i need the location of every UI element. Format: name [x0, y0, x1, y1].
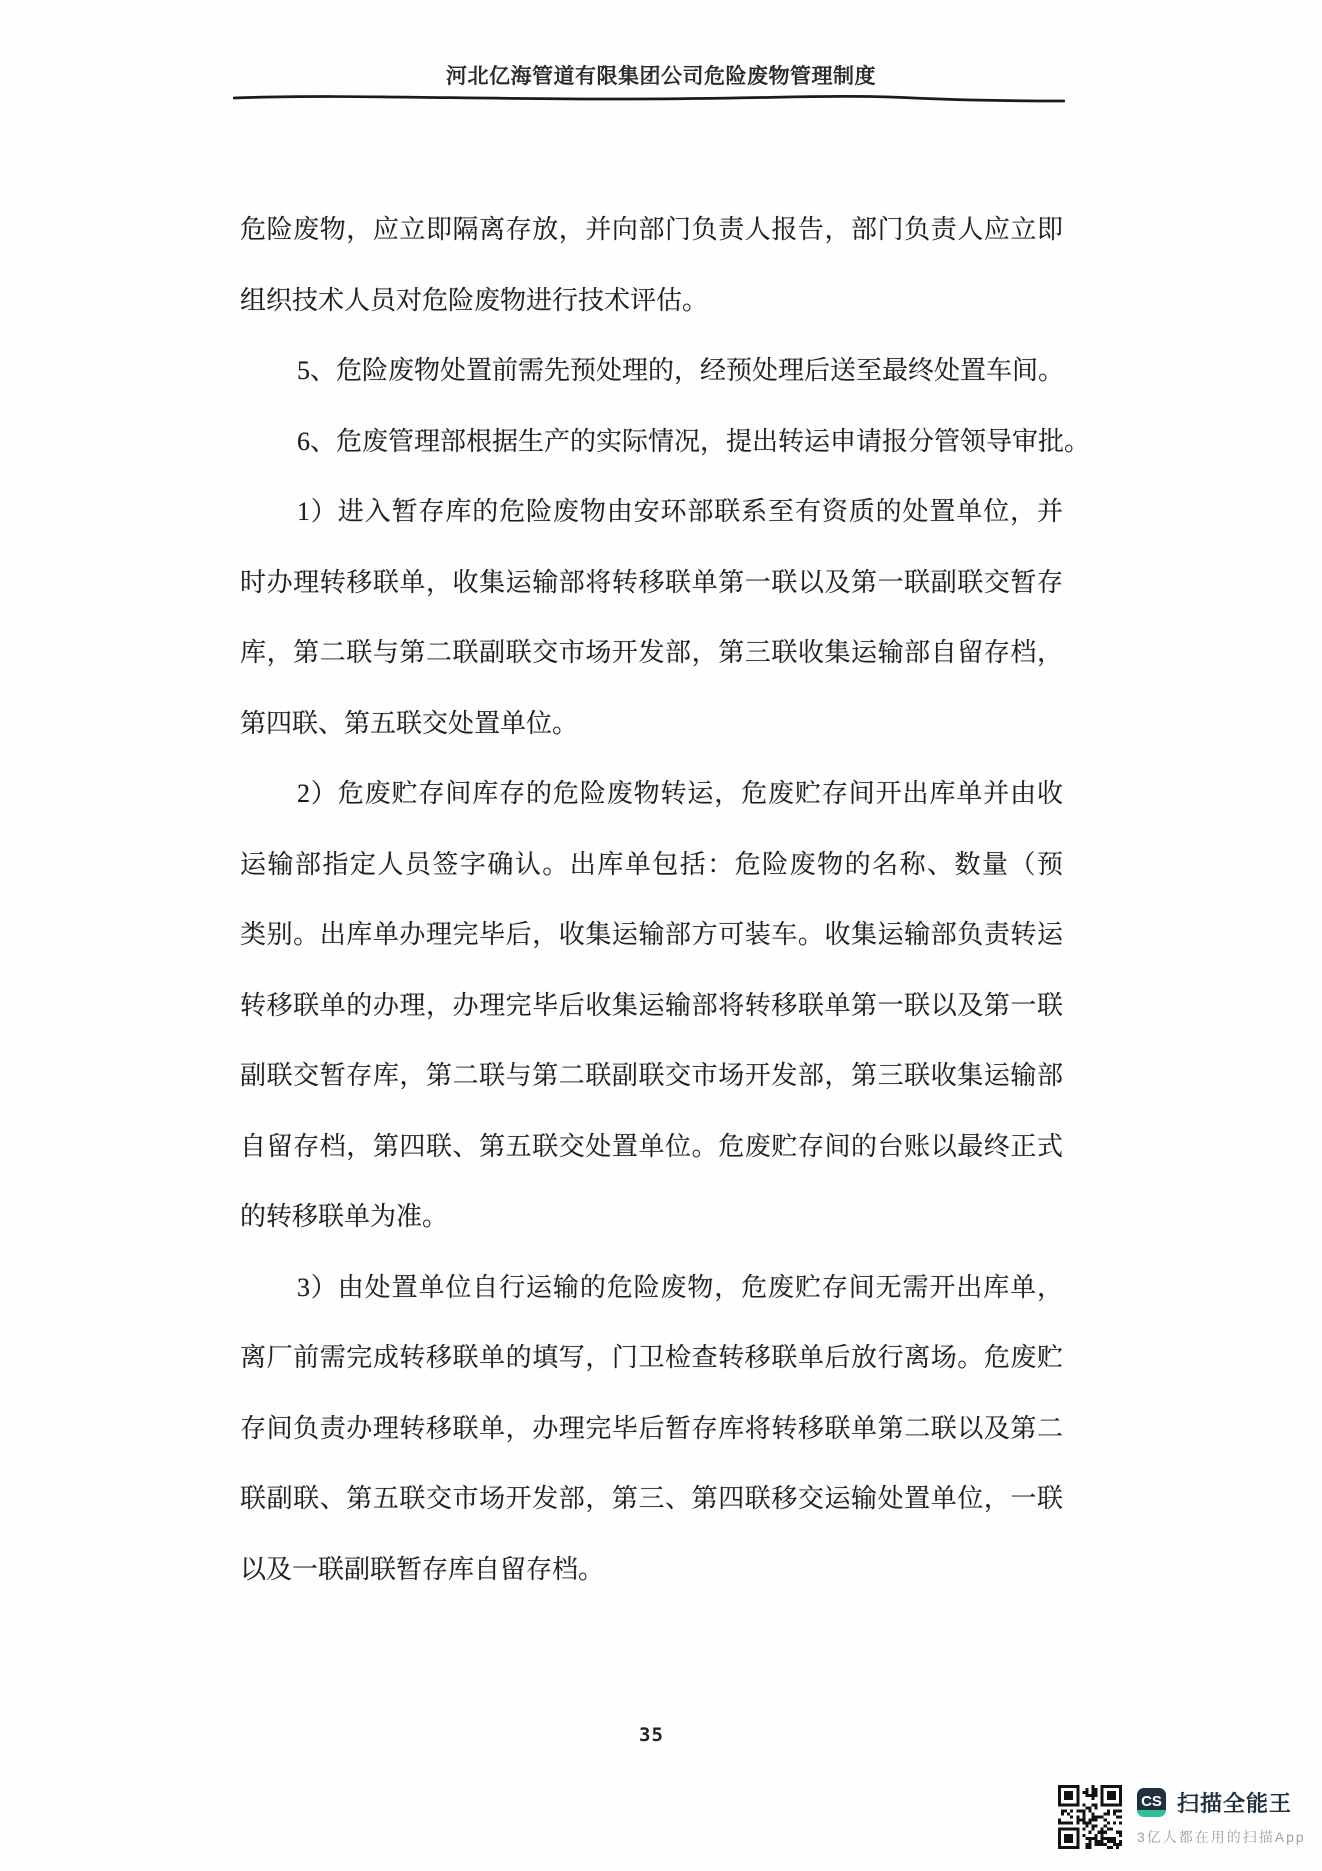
text-line: 类别。出库单办理完毕后，收集运输部方可装车。收集运输部负责转运 — [240, 900, 1063, 971]
text-line: 副联交暂存库，第二联与第二联副联交市场开发部，第三联收集运输部 — [240, 1041, 1063, 1112]
text-line: 危险废物，应立即隔离存放，并向部门负责人报告，部门负责人应立即 — [240, 195, 1063, 266]
camscanner-logo-icon: CS — [1137, 1788, 1166, 1817]
text-line: 5、危险废物处置前需先预处理的，经预处理后送至最终处置车间。 — [240, 336, 1063, 407]
camscanner-watermark: CS 扫描全能王 3亿人都在用的扫描App — [1058, 1785, 1298, 1855]
text-line: 组织技术人员对危险废物进行技术评估。 — [240, 266, 1063, 337]
body-text: 危险废物，应立即隔离存放，并向部门负责人报告，部门负责人应立即组织技术人员对危险… — [240, 195, 1063, 1605]
text-line: 存间负责办理转移联单，办理完毕后暂存库将转移联单第二联以及第二 — [240, 1394, 1063, 1465]
text-line: 自留存档，第四联、第五联交处置单位。危废贮存间的台账以最终正式 — [240, 1112, 1063, 1183]
qr-code-icon — [1058, 1785, 1122, 1849]
text-line: 的转移联单为准。 — [240, 1182, 1063, 1253]
camscanner-tagline: 3亿人都在用的扫描App — [1137, 1827, 1306, 1847]
text-line: 第四联、第五联交处置单位。 — [240, 689, 1063, 760]
text-line: 离厂前需完成转移联单的填写，门卫检查转移联单后放行离场。危废贮 — [240, 1323, 1063, 1394]
document-header-title: 河北亿海管道有限集团公司危险废物管理制度 — [0, 60, 1322, 90]
text-line: 时办理转移联单，收集运输部将转移联单第一联以及第一联副联交暂存 — [240, 548, 1063, 619]
text-line: 3）由处置单位自行运输的危险废物，危废贮存间无需开出库单，但 — [240, 1253, 1063, 1324]
camscanner-logo-letters: CS — [1141, 1793, 1162, 1810]
page-number: 35 — [240, 1724, 1063, 1746]
header-rule — [233, 90, 1065, 108]
text-line: 库，第二联与第二联副联交市场开发部，第三联收集运输部自留存档， — [240, 618, 1063, 689]
text-line: 以及一联副联暂存库自留存档。 — [240, 1535, 1063, 1606]
camscanner-app-name: 扫描全能王 — [1177, 1787, 1292, 1818]
text-line: 1）进入暂存库的危险废物由安环部联系至有资质的处置单位，并及 — [240, 477, 1063, 548]
text-line: 联副联、第五联交市场开发部，第三、第四联移交运输处置单位，一联 — [240, 1464, 1063, 1535]
text-line: 6、危废管理部根据生产的实际情况，提出转运申请报分管领导审批。 — [240, 407, 1063, 478]
document-page: 河北亿海管道有限集团公司危险废物管理制度 危险废物，应立即隔离存放，并向部门负责… — [0, 0, 1322, 1871]
text-line: 2）危废贮存间库存的危险废物转运，危废贮存间开出库单并由收集 — [240, 759, 1063, 830]
text-line: 转移联单的办理，办理完毕后收集运输部将转移联单第一联以及第一联 — [240, 971, 1063, 1042]
camscanner-text-block: CS 扫描全能王 3亿人都在用的扫描App — [1137, 1787, 1306, 1847]
text-line: 运输部指定人员签字确认。出库单包括：危险废物的名称、数量（预估）、 — [240, 830, 1063, 901]
